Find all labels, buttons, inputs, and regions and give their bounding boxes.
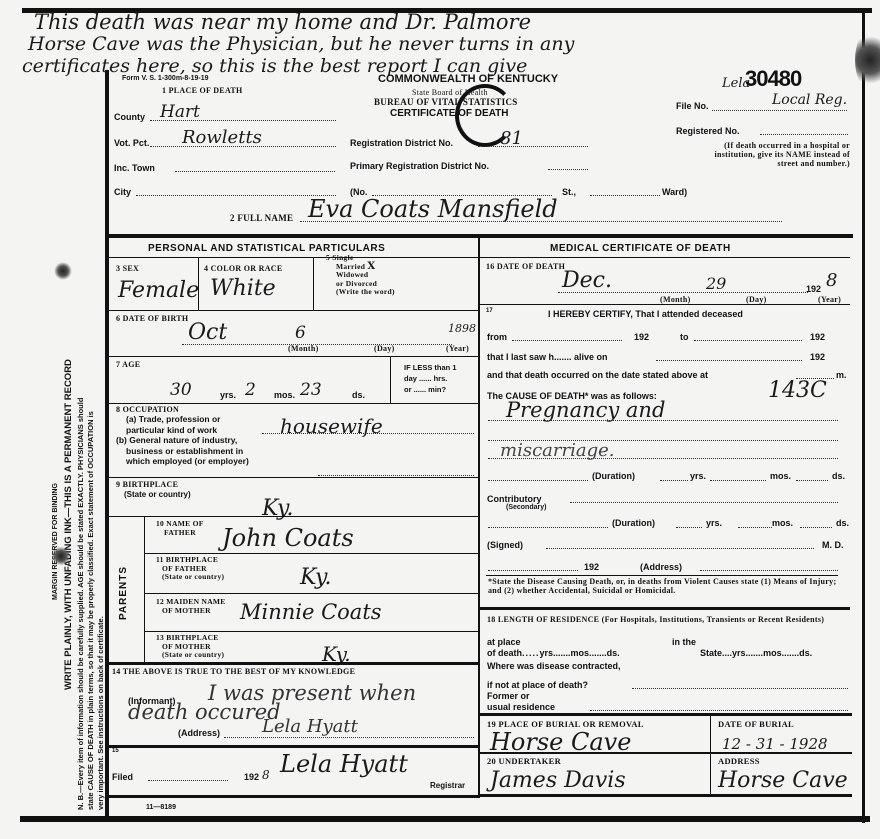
occurred-label: and that death occurred on the date stat… [487,370,708,380]
duration-label-2: (Duration) [612,518,655,528]
registered-no-label: Registered No. [676,126,740,136]
age-mos-label: mos. [274,390,295,400]
certify-number: 17 [486,308,493,314]
nb-instruction-3: very important. See instructions on back… [96,616,105,810]
vot-pct-label: Vot. Pct. [114,138,149,148]
undertaker-address-value: Horse Cave [718,768,848,793]
duration-ds-2: ds. [836,518,849,528]
mother-name-value: Minnie Coats [240,600,382,624]
undertaker-value: James Davis [490,768,626,793]
of-death-text: of death [487,648,522,658]
informant-address-value: Lela Hyatt [262,716,358,737]
date-of-death-day: 29 [706,274,726,293]
city-label: City [114,187,131,197]
undertaker-address-label: ADDRESS [718,756,760,766]
duration-yrs-2: yrs. [706,518,722,528]
md-label: M. D. [822,540,844,550]
dob-day: 6 [295,323,306,343]
occupation-value: housewife [280,414,383,438]
nb-instruction-1: N. B.—Every item of information should b… [76,398,85,810]
to-label: to [680,332,689,342]
duration-mos-2: mos. [772,518,793,528]
father-bp-label-3: (State or country) [156,573,224,582]
occupation-a-line-2: particular kind of work [116,425,249,436]
length-of-residence-label: 18 LENGTH OF RESIDENCE (For Hospitals, I… [487,613,847,626]
duration-ds-1: ds. [832,471,845,481]
full-name-label: 2 FULL NAME [230,213,293,223]
parents-label: PARENTS [118,566,129,620]
state-ds: ds. [799,648,812,658]
state-label: State [700,648,722,658]
birthplace-label: 9 BIRTHPLACE [116,480,178,489]
form-code: 11—8189 [146,804,176,811]
if-not-label: if not at place of death? [487,680,588,690]
filed-year-suffix: 8 [262,768,270,782]
certificate-number: 30480 [745,66,801,92]
father-name-value: John Coats [222,524,354,552]
occurred-m-label: m. [836,370,847,380]
write-plainly-notice: WRITE PLAINLY, WITH UNFADING INK—THIS IS… [63,359,74,690]
informant-value-2: death occured [128,700,281,724]
dob-month: Oct [188,320,227,345]
secondary-label: (Secondary) [506,504,546,511]
less-than-day: IF LESS than 1 day ...... hrs. or ......… [404,362,457,395]
vot-pct-value: Rowletts [182,127,262,148]
age-days: 23 [300,380,322,400]
state-residence: State....yrs.......mos.......ds. [700,648,812,658]
burial-date-value: 12 - 31 - 1928 [722,735,828,753]
marital-instruction: (Write the word) [326,288,395,297]
contributory-label: Contributory [487,494,542,504]
dob-month-caption: (Month) [288,344,319,353]
father-birthplace-label: 11 BIRTHPLACE OF FATHER (State or countr… [156,556,224,582]
mother-birthplace-label: 13 BIRTHPLACE OF MOTHER (State or countr… [156,634,224,660]
ward-label: Ward) [662,187,687,197]
bottom-border [20,816,870,822]
divider-main [109,234,853,238]
from-year: 192 [634,332,649,342]
occupation-b-line-3: which employed (or employer) [116,456,249,467]
duration-label-1: (Duration) [592,471,635,481]
residence-ds: ds. [607,648,620,658]
cause-line-2: miscarriage. [500,440,614,461]
marital-mark: X [367,261,375,272]
birthplace-sub: (State or country) [124,490,191,499]
dod-year-caption: (Year) [818,295,841,304]
registrar-label: Registrar [430,781,465,790]
dod-day-caption: (Day) [746,295,767,304]
father-birthplace-value: Ky. [300,565,332,590]
age-months: 2 [245,380,256,400]
place-of-death-label: 1 PLACE OF DEATH [162,86,243,95]
age-years: 30 [170,380,192,400]
primary-registration-label: Primary Registration District No. [350,161,489,171]
color-race-value: White [210,276,276,301]
dob-year-caption: (Year) [446,344,469,353]
date-of-death-month: Dec. [562,268,612,293]
usual-residence-label: usual residence [487,702,555,712]
date-of-death-year-suffix: 8 [826,270,837,291]
residence-mos: mos. [571,648,592,658]
marital-status-labels: 5 Single Married X Widowed or Divorced (… [326,254,395,297]
filed-number: 15 [112,748,119,754]
annotation-line-2: Horse Cave was the Physician, but he nev… [28,33,574,55]
inc-town-label: Inc. Town [114,163,155,173]
filed-label: Filed [112,772,133,782]
mother-name-label: 12 MAIDEN NAME OF MOTHER [156,598,226,615]
less-than-line-2: day ...... hrs. [404,373,457,384]
county-label: County [114,112,145,122]
of-death-label: of death.....yrs.......mos.......ds. [487,648,620,658]
age-label: 7 AGE [116,360,140,369]
dob-year: 1898 [448,322,476,335]
undertaker-label: 20 UNDERTAKER [487,756,561,766]
certify-text: I HEREBY CERTIFY, That I attended deceas… [548,309,743,319]
registration-district-value: 81 [500,128,523,149]
to-year: 192 [810,332,825,342]
duration-yrs-1: yrs. [690,471,706,481]
cause-footnote: *State the Disease Causing Death, or, in… [488,577,838,595]
duration-mos-1: mos. [770,471,791,481]
last-saw-year: 192 [810,352,825,362]
commonwealth-heading: COMMONWEALTH OF KENTUCKY [378,73,558,85]
sex-label: 3 SEX [116,264,139,273]
age-ds-label: ds. [352,390,365,400]
date-of-death-label: 16 DATE OF DEATH [486,262,565,271]
residence-yrs: yrs. [540,648,556,658]
cause-line-1: Pregnancy and [506,398,665,422]
form-number: Form V. S. 1-300m-8-19-19 [122,75,209,82]
in-the-label: in the [672,637,696,647]
mother-bp-label-3: (State or country) [156,651,224,660]
occupation-questions: (a) Trade, profession or particular kind… [116,414,249,467]
where-contracted-label: Where was disease contracted, [487,661,621,671]
date-of-death-year-prefix: 192 [806,284,821,294]
file-no-label: File No. [676,101,709,111]
registrar-signature: Lela Hyatt [280,750,408,778]
informant-address-label: (Address) [178,728,220,738]
full-name-value: Eva Coats Mansfield [308,195,558,223]
occupation-b-line-1: (b) General nature of industry, [116,435,249,446]
scan-smudge [855,30,880,90]
right-border [862,8,865,823]
state-yrs: yrs. [732,648,748,658]
nb-instruction-2: state CAUSE OF DEATH in plain terms, so … [86,411,95,810]
less-than-line-1: IF LESS than 1 [404,362,457,373]
occupation-label: 8 OCCUPATION [116,405,179,414]
father-name-label-2: FATHER [156,529,204,538]
dod-month-caption: (Month) [660,295,691,304]
physician-address-label: (Address) [640,562,682,572]
annotation-line-1: This death was near my home and Dr. Palm… [34,10,531,34]
mother-name-label-2: OF MOTHER [156,607,226,616]
binding-hole-top [54,262,72,280]
registration-district-label: Registration District No. [350,138,453,148]
local-reg-note: Local Reg. [772,92,847,108]
occupation-b-line-2: business or establishment in [116,446,249,457]
signed-label: (Signed) [487,540,523,550]
true-statement: 14 THE ABOVE IS TRUE TO THE BEST OF MY K… [112,667,355,676]
street-label: St., [562,187,576,197]
color-race-label: 4 COLOR OR RACE [204,264,283,273]
last-saw-label: that I last saw h....... alive on [487,352,608,362]
dob-day-caption: (Day) [374,344,395,353]
age-yrs-label: yrs. [220,390,236,400]
binding-margin-line [105,70,109,822]
dob-label: 6 DATE OF BIRTH [116,314,188,323]
cause-code: 143C [768,378,827,403]
at-place-label: at place [487,637,521,647]
birthplace-value: Ky. [262,496,294,521]
sex-value: Female [118,278,199,303]
filed-year-prefix: 192 [244,772,259,782]
state-mos: mos. [763,648,784,658]
from-label: from [487,332,507,342]
county-value: Hart [160,102,200,122]
father-name-label: 10 NAME OF FATHER [156,520,204,537]
death-certificate: This death was near my home and Dr. Palm… [0,0,880,839]
burial-date-label: DATE OF BURIAL [718,719,794,729]
margin-reserved: MARGIN RESERVED FOR BINDING [52,483,59,600]
medical-section-title: MEDICAL CERTIFICATE OF DEATH [550,243,731,254]
signed-year: 192 [584,562,599,572]
occupation-a-line-1: (a) Trade, profession or [116,414,249,425]
less-than-line-3: or ...... min? [404,384,457,395]
former-label: Former or [487,691,530,701]
binding-hole-bottom [52,546,70,566]
hospital-note: (If death occurred in a hospital or inst… [710,141,850,168]
